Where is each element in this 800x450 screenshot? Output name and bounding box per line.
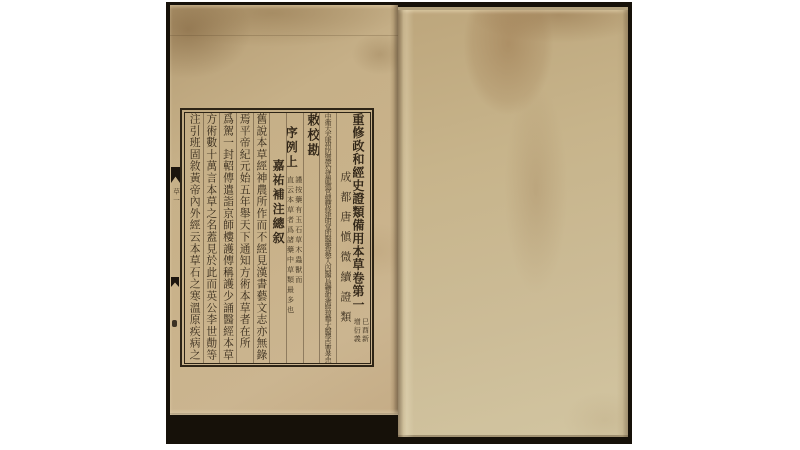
edition-note-right: 巳酉新 [361,318,369,344]
compiler-column: 成都唐愼微續證類 [336,113,353,363]
section-heading-text: 序例上 [286,126,298,170]
gutter-edge-shadow [390,5,398,415]
title-column: 重修政和經史證類備用本草卷第一 巳酉新 增衍義 [353,113,370,363]
body-text-column: 焉平帝紀元始五年舉天下通知方術本草者在所 [236,113,253,363]
edition-note-left: 增衍義 [353,318,361,344]
section-annotation-right: 謹按藥有玉石草木蟲獸而 [294,176,302,316]
imperial-edict-column: 敕校勘 [303,113,320,363]
left-printed-page: 草一 重修政和經史證類備用本草卷第一 巳酉新 增衍義 成都唐愼微續證類 [170,5,398,415]
book-photo-scene: 草一 重修政和經史證類備用本草卷第一 巳酉新 增衍義 成都唐愼微續證類 [0,0,800,450]
fore-edge-shadow [614,10,628,437]
edition-note: 巳酉新 增衍義 [353,318,370,344]
section-heading-column: 序例上 謹按藥有玉石草木蟲獸而 直云本草者爲諸藥中草類最多也 [286,113,303,363]
body-text-column: 方術數十萬言本草之名蓋見於此而英公李世勣等 [203,113,220,363]
book-title: 重修政和經史證類備用本草卷第一 [353,113,365,311]
body-text-column: 注引班固敘黃帝內外經云本草石之寒溫原疾病之 [186,113,203,363]
body-text-3: 爲駕一封軺傳遣詣京師樓護傳稱護少誦醫經本草 [222,113,235,361]
body-text-2: 焉平帝紀元始五年舉天下通知方術本草者在所 [239,113,252,349]
text-columns: 重修政和經史證類備用本草卷第一 巳酉新 增衍義 成都唐愼微續證類 中衛大夫康州防… [185,113,370,363]
body-text-column: 爲駕一封軺傳遣詣京師樓護傳稱護少誦醫經本草 [219,113,236,363]
imperial-edict-text: 敕校勘 [304,113,319,158]
compiler-name: 成都唐愼微續證類 [339,171,352,331]
right-blank-page [398,10,628,437]
body-text-5: 注引班固敘黃帝內外經云本草石之寒溫原疾病之 [189,113,202,361]
editor-titles-text: 中衛大夫康州防禦使勾當龍德宮總轄修建明堂所醫藥提舉入內醫官編類聖濟經提舉太醫學臣… [319,113,332,362]
body-text-1: 舊說本草經神農所作而不經見漢書藝文志亦無錄 [255,113,268,361]
text-frame-inner-border: 重修政和經史證類備用本草卷第一 巳酉新 增衍義 成都唐愼微續證類 中衛大夫康州防… [184,112,371,364]
gutter-fold-highlight [398,10,414,437]
ink-speck [172,320,177,327]
section-annotation-left: 直云本草者爲諸藥中草類最多也 [286,176,294,316]
text-frame-border: 重修政和經史證類備用本草卷第一 巳酉新 增衍義 成都唐愼微續證類 中衛大夫康州防… [180,108,374,367]
subsection-heading-column: 嘉祐補注總叙 [269,113,286,363]
body-text-column: 舊說本草經神農所作而不經見漢書藝文志亦無錄 [253,113,270,363]
deckle-bottom-edge [170,409,398,415]
subsection-heading-text: 嘉祐補注總叙 [271,159,285,246]
fishtail-mark-icon [171,277,179,287]
paper-crease [170,35,398,36]
body-text-4: 方術數十萬言本草之名蓋見於此而英公李世勣等 [205,113,218,361]
section-annotation: 謹按藥有玉石草木蟲獸而 直云本草者爲諸藥中草類最多也 [286,176,303,316]
banxin-label: 草一 [171,188,180,205]
fishtail-mark-icon [171,167,180,183]
editor-titles-column: 中衛大夫康州防禦使勾當龍德宮總轄修建明堂所醫藥提舉入內醫官編類聖濟經提舉太醫學臣… [319,113,336,363]
